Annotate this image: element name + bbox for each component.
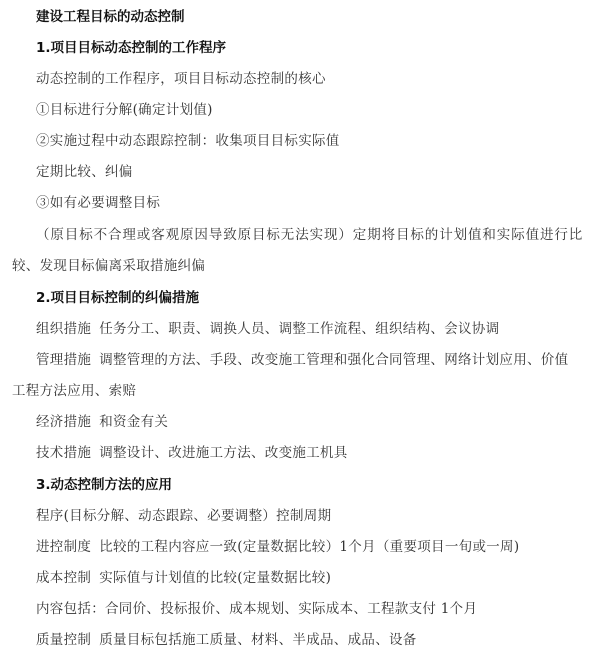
measure-label: 经济措施 — [36, 414, 91, 430]
measure-management-continuation: 工程方法应用、索赔 — [12, 382, 136, 400]
measure-text: 调整管理的方法、手段、改变施工管理和强化合同管理、网络计划应用、价值 — [99, 352, 568, 368]
section-3-line-1: 程序(目标分解、动态跟踪、必要调整）控制周期 — [36, 507, 331, 525]
control-cost: 成本控制实际值与计划值的比较(定量数据比较) — [36, 569, 331, 587]
section-1-line-1: 动态控制的工作程序，项目目标动态控制的核心 — [36, 70, 326, 88]
measure-organization: 组织措施任务分工、职责、调换人员、调整工作流程、组织结构、会议协调 — [36, 320, 499, 338]
section-1-line-2: ①目标进行分解(确定计划值) — [36, 101, 213, 119]
control-label: 成本控制 — [36, 570, 91, 586]
measure-text: 和资金有关 — [99, 414, 168, 430]
section-1-line-4: 定期比较、纠偏 — [36, 163, 133, 181]
measure-economic: 经济措施和资金有关 — [36, 413, 168, 431]
measure-technical: 技术措施调整设计、改进施工方法、改变施工机具 — [36, 444, 348, 462]
control-label: 质量控制 — [36, 632, 91, 648]
control-text: 比较的工程内容应一致(定量数据比较）1个月（重要项目一旬或一周) — [99, 539, 519, 555]
section-1-line-7: 较、发现目标偏离采取措施纠偏 — [12, 257, 205, 275]
section-1-line-3: ②实施过程中动态跟踪控制：收集项目目标实际值 — [36, 132, 340, 150]
measure-text: 任务分工、职责、调换人员、调整工作流程、组织结构、会议协调 — [99, 321, 499, 337]
section-2-heading: 2.项目目标控制的纠偏措施 — [36, 289, 199, 307]
control-cost-content: 内容包括：合同价、投标报价、成本规划、实际成本、工程款支付 1个月 — [36, 600, 477, 618]
section-1-heading: 1.项目目标动态控制的工作程序 — [36, 39, 226, 57]
measure-management: 管理措施调整管理的方法、手段、改变施工管理和强化合同管理、网络计划应用、价值 — [36, 351, 568, 369]
section-3-heading: 3.动态控制方法的应用 — [36, 476, 172, 494]
measure-label: 技术措施 — [36, 445, 91, 461]
section-1-line-5: ③如有必要调整目标 — [36, 194, 160, 212]
control-label: 进控制度 — [36, 539, 91, 555]
section-1-line-6: （原目标不合理或客观原因导致原目标无法实现）定期将目标的计划值和实际值进行比 — [36, 226, 583, 244]
control-schedule: 进控制度比较的工程内容应一致(定量数据比较）1个月（重要项目一旬或一周) — [36, 538, 519, 556]
document-title: 建设工程目标的动态控制 — [36, 8, 185, 26]
control-text: 质量目标包括施工质量、材料、半成品、成品、设备 — [99, 632, 416, 648]
control-quality: 质量控制质量目标包括施工质量、材料、半成品、成品、设备 — [36, 631, 417, 649]
measure-label: 组织措施 — [36, 321, 91, 337]
control-text: 实际值与计划值的比较(定量数据比较) — [99, 570, 331, 586]
measure-label: 管理措施 — [36, 352, 91, 368]
measure-text: 调整设计、改进施工方法、改变施工机具 — [99, 445, 347, 461]
